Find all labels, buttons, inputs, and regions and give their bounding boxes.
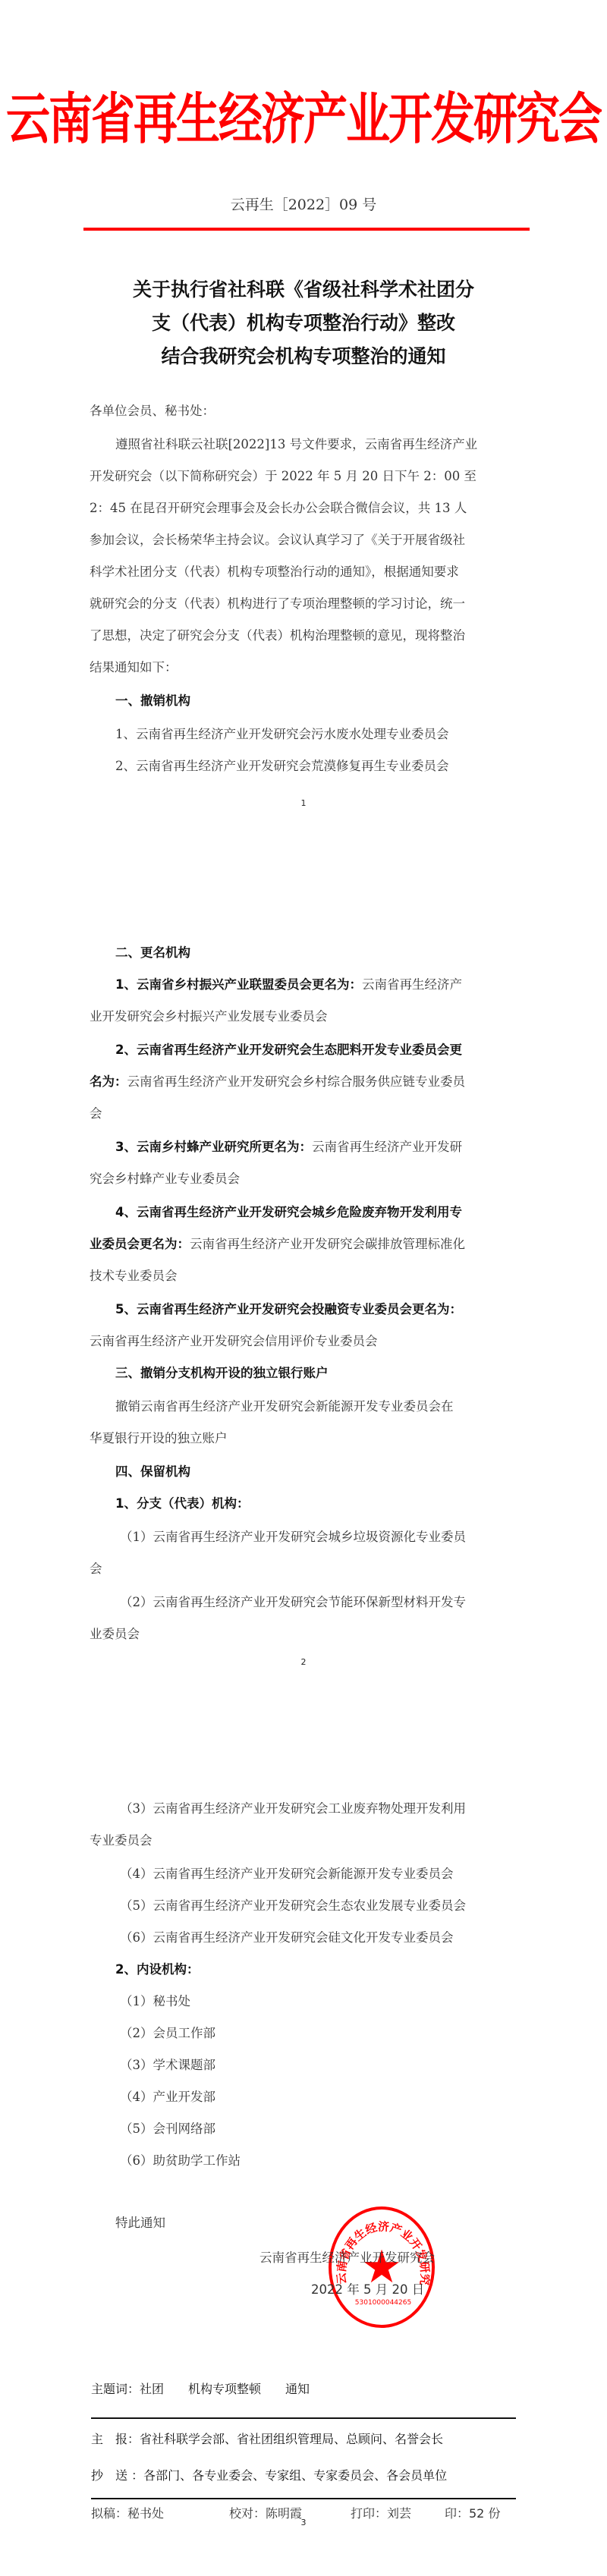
notice-title-line3: 结合我研究会机构专项整治的通知 (0, 341, 607, 369)
rename-item-5-cont: 云南省再生经济产业开发研究会信用评价专业委员会 (90, 1331, 378, 1349)
rename-item-4: 4、云南省再生经济产业开发研究会城乡危险废弃物开发利用专 (115, 1202, 462, 1220)
intro-line: 结果通知如下： (90, 657, 178, 675)
salutation: 各单位会员、秘书处： (90, 401, 215, 419)
internal-dept: （2）会员工作部 (120, 2023, 215, 2041)
notice-title-line2: 支（代表）机构专项整治行动》整改 (0, 308, 607, 335)
page-number: 3 (0, 2518, 607, 2527)
kept-branch: （6）云南省再生经济产业开发研究会硅文化开发专业委员会 (120, 1927, 454, 1945)
page-number: 2 (0, 1657, 607, 1667)
signature-date: 2022 年 5 月 20 日 (311, 2279, 424, 2298)
intro-line: 参加会议，会长杨荣华主持会议。会议认真学习了《关于开展省级社 (90, 530, 465, 548)
closing-text: 特此通知 (115, 2213, 165, 2231)
rename-item-4-cont: 业委员会更名为：云南省再生经济产业开发研究会碳排放管理标准化 (90, 1234, 465, 1252)
report-to: 主 报：省社科联学会部、省社团组织管理局、总顾问、名誉会长 (91, 2430, 443, 2447)
copy-to: 抄 送 ：各部门、各专业委会、专家组、专家委员会、各会员单位 (91, 2466, 447, 2483)
rename-item-2-cont: 名为：云南省再生经济产业开发研究会乡村综合服务供应链专业委员 (90, 1071, 465, 1090)
section2-heading: 二、更名机构 (115, 942, 190, 961)
document-number: 云再生［2022］09 号 (0, 193, 607, 214)
kept-branch: （2）云南省再生经济产业开发研究会节能环保新型材料开发专 (120, 1592, 466, 1610)
rename-item-5: 5、云南省再生经济产业开发研究会投融资专业委员会更名为： (115, 1299, 462, 1317)
internal-dept: （6）助贫助学工作站 (120, 2150, 241, 2169)
revoked-item: 2、云南省再生经济产业开发研究会荒漠修复再生专业委员会 (115, 756, 449, 774)
page-number: 1 (0, 798, 607, 808)
kept-branch-cont: 专业委员会 (90, 1830, 153, 1848)
internal-heading: 2、内设机构： (115, 1959, 199, 1977)
kept-branch-cont: 会 (90, 1558, 102, 1577)
revoked-item: 1、云南省再生经济产业开发研究会污水废水处理专业委员会 (115, 724, 449, 742)
intro-line: 开发研究会（以下简称研究会）于 2022 年 5 月 20 日下午 2：00 至 (90, 466, 476, 484)
signature-org: 云南省再生经济产业开发研究会 (259, 2247, 435, 2266)
kept-branch: （5）云南省再生经济产业开发研究会生态农业发展专业委员会 (120, 1895, 466, 1914)
org-letterhead-title: 云南省再生经济产业开发研究会 (0, 74, 607, 154)
rename-item-3: 3、云南乡村蜂产业研究所更名为：云南省再生经济产业开发研 (115, 1137, 462, 1155)
rename-item-4-cont2: 技术专业委员会 (90, 1266, 178, 1284)
internal-dept: （4）产业开发部 (120, 2087, 215, 2105)
rename-new-name: 云南省再生经济产 (362, 977, 462, 992)
section4-heading: 四、保留机构 (115, 1461, 190, 1480)
section3-text: 撤销云南省再生经济产业开发研究会新能源开发专业委员会在 (115, 1396, 454, 1414)
intro-line: 2：45 在昆召开研究会理事会及会长办公会联合微信会议，共 13 人 (90, 498, 467, 516)
rename-item-1-cont: 业开发研究会乡村振兴产业发展专业委员会 (90, 1006, 328, 1024)
rename-item-2: 2、云南省再生经济产业开发研究会生态肥料开发专业委员会更 (115, 1040, 462, 1058)
rename-item-2-cont2: 会 (90, 1103, 102, 1121)
seal-code: 5301000044265 (347, 2299, 420, 2307)
section3-heading: 三、撤销分支机构开设的独立银行账户 (115, 1363, 329, 1381)
branch-heading: 1、分支（代表）机构： (115, 1493, 249, 1511)
official-seal: 云南省再生经济产业开发研究会 ★ 5301000044265 (329, 2206, 435, 2328)
subject-keywords: 主题词：社团 机构专项整顿 通知 (91, 2379, 310, 2397)
footer-rule (91, 2498, 516, 2499)
internal-dept: （5）会刊网络部 (120, 2118, 215, 2137)
red-divider (83, 228, 530, 231)
footer-rule (91, 2417, 516, 2419)
intro-line: 科学术社团分支（代表）机构专项整治行动的通知》，根据通知要求 (90, 561, 459, 580)
rename-item-1: 1、云南省乡村振兴产业联盟委员会更名为：云南省再生经济产 (115, 974, 462, 992)
internal-dept: （1）秘书处 (120, 1991, 190, 2009)
intro-line: 遵照省社科联云社联[2022]13 号文件要求，云南省再生经济产业 (115, 434, 477, 452)
notice-title-line1: 关于执行省社科联《省级社科学术社团分 (0, 275, 607, 302)
rename-old-name: 1、云南省乡村振兴产业联盟委员会更名为： (115, 977, 362, 992)
kept-branch: （3）云南省再生经济产业开发研究会工业废弃物处理开发利用 (120, 1798, 466, 1816)
intro-line: 了思想，决定了研究会分支（代表）机构治理整顿的意见，现将整治 (90, 625, 465, 643)
section3-text-cont: 华夏银行开设的独立账户 (90, 1428, 228, 1446)
rename-item-3-cont: 究会乡村蜂产业专业委员会 (90, 1168, 240, 1187)
kept-branch: （1）云南省再生经济产业开发研究会城乡垃圾资源化专业委员 (120, 1527, 466, 1545)
internal-dept: （3）学术课题部 (120, 2055, 215, 2073)
kept-branch: （4）云南省再生经济产业开发研究会新能源开发专业委员会 (120, 1864, 454, 1882)
section1-heading: 一、撤销机构 (115, 690, 190, 709)
intro-line: 就研究会的分支（代表）机构进行了专项治理整顿的学习讨论，统一 (90, 593, 465, 612)
kept-branch-cont: 业委员会 (90, 1624, 140, 1642)
